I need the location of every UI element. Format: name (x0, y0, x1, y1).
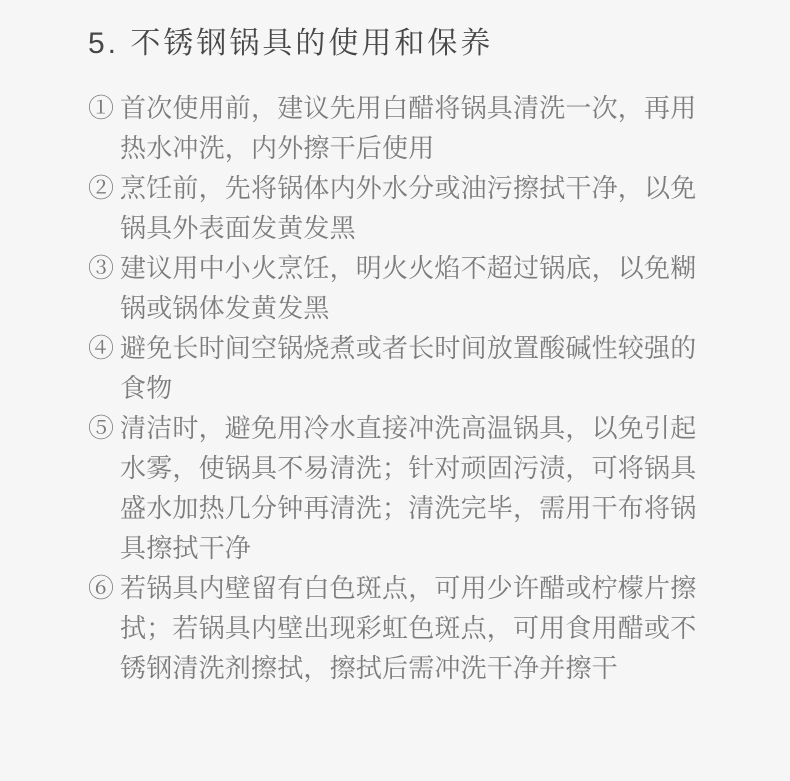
care-instructions-document: 5. 不锈钢锅具的使用和保养 ①首次使用前，建议先用白醋将锅具清洗一次，再用热水… (0, 0, 790, 688)
item-text: 首次使用前，建议先用白醋将锅具清洗一次，再用热水冲洗，内外擦干后使用 (120, 88, 700, 168)
care-list: ①首次使用前，建议先用白醋将锅具清洗一次，再用热水冲洗，内外擦干后使用②烹饪前，… (88, 88, 720, 688)
list-item: ①首次使用前，建议先用白醋将锅具清洗一次，再用热水冲洗，内外擦干后使用 (88, 88, 720, 168)
item-text: 避免长时间空锅烧煮或者长时间放置酸碱性较强的食物 (120, 328, 700, 408)
item-marker: ① (88, 88, 120, 128)
item-marker: ⑤ (88, 408, 120, 448)
item-marker: ④ (88, 328, 120, 368)
list-item: ⑤清洁时，避免用冷水直接冲洗高温锅具，以免引起水雾，使锅具不易清洗；针对顽固污渍… (88, 408, 720, 568)
item-text: 烹饪前，先将锅体内外水分或油污擦拭干净，以免锅具外表面发黄发黑 (120, 168, 700, 248)
item-marker: ③ (88, 248, 120, 288)
item-text: 清洁时，避免用冷水直接冲洗高温锅具，以免引起水雾，使锅具不易清洗；针对顽固污渍，… (120, 408, 700, 568)
list-item: ④避免长时间空锅烧煮或者长时间放置酸碱性较强的食物 (88, 328, 720, 408)
list-item: ③建议用中小火烹饪，明火火焰不超过锅底，以免糊锅或锅体发黄发黑 (88, 248, 720, 328)
item-text: 建议用中小火烹饪，明火火焰不超过锅底，以免糊锅或锅体发黄发黑 (120, 248, 700, 328)
page-title: 5. 不锈钢锅具的使用和保养 (88, 22, 720, 66)
item-marker: ② (88, 168, 120, 208)
page-background: { "page": { "background": "#f6f6f6", "ti… (0, 0, 790, 781)
item-marker: ⑥ (88, 568, 120, 608)
list-item: ⑥若锅具内壁留有白色斑点，可用少许醋或柠檬片擦拭；若锅具内壁出现彩虹色斑点，可用… (88, 568, 720, 688)
list-item: ②烹饪前，先将锅体内外水分或油污擦拭干净，以免锅具外表面发黄发黑 (88, 168, 720, 248)
item-text: 若锅具内壁留有白色斑点，可用少许醋或柠檬片擦拭；若锅具内壁出现彩虹色斑点，可用食… (120, 568, 700, 688)
